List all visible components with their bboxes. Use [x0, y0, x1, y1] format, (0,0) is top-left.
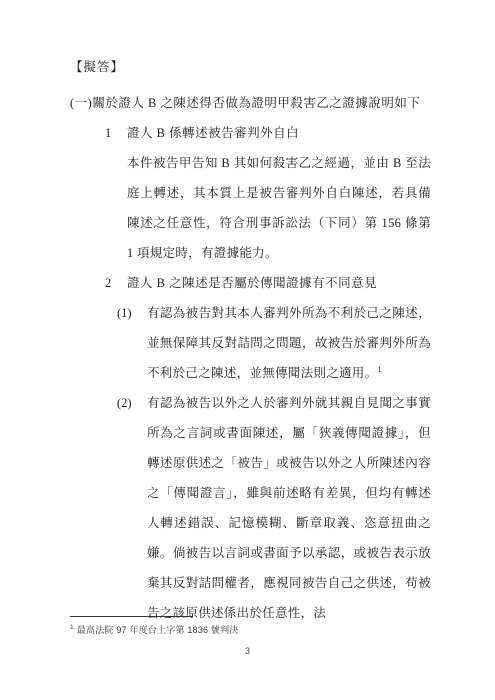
section-title: (一)關於證人 B 之陳述得否做為證明甲殺害乙之證據說明如下: [70, 88, 431, 118]
sub-item-text: 有認為被告對其本人審判外所為不利於己之陳述，並無保障其反對詰問之問題，故被告於審…: [147, 298, 431, 388]
item-1-paragraph: 本件被告甲告知 B 其如何殺害乙之經過，並由 B 至法庭上轉述，其本質上是被告審…: [127, 148, 431, 268]
item-number: 1: [105, 118, 127, 148]
answer-heading: 【擬答】: [70, 52, 431, 82]
footnote-reference: 1: [377, 365, 381, 374]
footnote-text-content: 最高法院 97 年度台上字第 1836 號判決: [77, 625, 239, 635]
document-page: 【擬答】 (一)關於證人 B 之陳述得否做為證明甲殺害乙之證據說明如下 1證人 …: [0, 0, 495, 700]
document-content: 【擬答】 (一)關於證人 B 之陳述得否做為證明甲殺害乙之證據說明如下 1證人 …: [70, 52, 431, 628]
footnote-marker: 1: [70, 624, 74, 631]
item-number: 2: [105, 268, 127, 298]
numbered-item-1-heading: 1證人 B 係轉述被告審判外自白: [70, 118, 431, 148]
footnote-separator-line: [70, 616, 193, 617]
sub-item-text-content: 有認為被告以外之人於審判外就其親自見聞之事實所為之言詞或書面陳述，屬「狹義傳聞證…: [147, 396, 431, 620]
sub-item-marker: (1): [117, 298, 147, 388]
page-number: 3: [0, 646, 495, 656]
item-title: 證人 B 係轉述被告審判外自白: [127, 126, 299, 140]
sub-item-text-content: 有認為被告對其本人審判外所為不利於己之陳述，並無保障其反對詰問之問題，故被告於審…: [147, 306, 431, 380]
footnote: 1最高法院 97 年度台上字第 1836 號判決: [70, 623, 238, 636]
numbered-item-2-heading: 2證人 B 之陳述是否屬於傳聞證據有不同意見: [70, 268, 431, 298]
sub-item-1: (1) 有認為被告對其本人審判外所為不利於己之陳述，並無保障其反對詰問之問題，故…: [117, 298, 431, 388]
sub-item-marker: (2): [117, 388, 147, 628]
sub-item-2: (2) 有認為被告以外之人於審判外就其親自見聞之事實所為之言詞或書面陳述，屬「狹…: [117, 388, 431, 628]
item-title: 證人 B 之陳述是否屬於傳聞證據有不同意見: [127, 276, 377, 290]
footnote-area: 1最高法院 97 年度台上字第 1836 號判決: [70, 616, 238, 636]
sub-item-text: 有認為被告以外之人於審判外就其親自見聞之事實所為之言詞或書面陳述，屬「狹義傳聞證…: [147, 388, 431, 628]
